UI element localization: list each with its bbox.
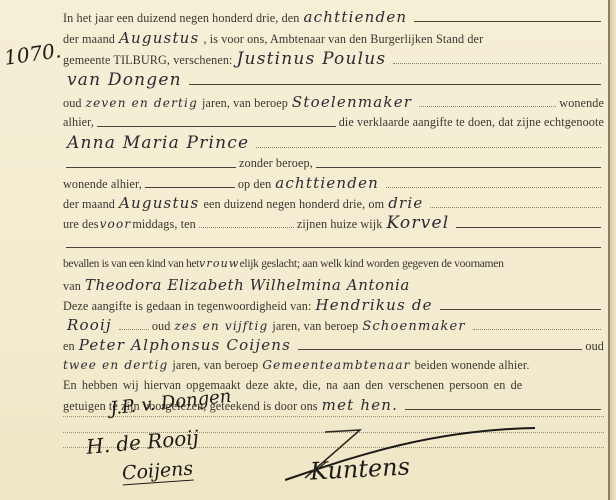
line-witnesses: Deze aangifte is gedaan in tegenwoordigh… xyxy=(63,294,604,316)
printed-text: elijk geslacht; aan welk kind worden xyxy=(240,253,400,275)
fill-line xyxy=(145,186,235,188)
fill-line xyxy=(456,226,601,228)
printed-text: die verklaarde aangifte te doen, dat zij… xyxy=(339,111,604,133)
printed-text: jaren, van beroep xyxy=(172,354,258,376)
line-declarant-surname: van Dongen xyxy=(63,69,604,91)
printed-text: En hebben wij hiervan opgemaakt deze akt… xyxy=(63,374,522,396)
fill-line xyxy=(256,146,601,148)
line-residence: alhier, die verklaarde aangifte te doen,… xyxy=(63,111,604,133)
handwritten-declarant-surname: van Dongen xyxy=(63,69,186,91)
record-number: 1070. xyxy=(3,38,63,70)
handwritten-district: Korvel xyxy=(382,212,453,234)
printed-text: beiden wonende alhier. xyxy=(415,354,530,376)
line-mother: Anna Maria Prince xyxy=(63,132,604,154)
line-date: In het jaar een duizend negen honderd dr… xyxy=(63,6,604,28)
line-month: der maand Augustus , is voor ons, Ambten… xyxy=(63,27,604,49)
line-birth-place: ure des voor middags, ten zijnen huize w… xyxy=(63,212,604,234)
line-witness-2-age: twee en dertig jaren, van beroep Gemeent… xyxy=(63,354,604,376)
handwritten-day: achttienden xyxy=(300,6,412,28)
fill-line xyxy=(97,125,336,127)
handwritten-declarant-name: Justinus Poulus xyxy=(233,48,391,70)
printed-text: alhier, xyxy=(63,111,94,133)
fill-line xyxy=(405,408,601,410)
fill-line xyxy=(473,328,601,330)
fill-line xyxy=(316,166,601,168)
fill-line xyxy=(430,206,601,208)
handwritten-signed-with: met hen. xyxy=(318,394,402,416)
fill-line xyxy=(440,308,601,310)
registrar-flourish xyxy=(285,420,545,490)
line-declarant-age: oud zeven en dertig jaren, van beroep St… xyxy=(63,91,604,113)
page-edge xyxy=(610,0,616,500)
fill-line xyxy=(66,246,601,248)
printed-text: In het jaar een duizend negen honderd dr… xyxy=(63,7,300,29)
line-birth-month: der maand Augustus een duizend negen hon… xyxy=(63,192,604,214)
line-closing-1: En hebben wij hiervan opgemaakt deze akt… xyxy=(63,374,604,396)
printed-text: bevallen is van een kind van het xyxy=(63,253,199,275)
handwritten-witness-1-name: Hendrikus de xyxy=(311,294,436,316)
fill-line xyxy=(386,186,601,188)
handwritten-birth-month: Augustus xyxy=(115,192,203,214)
line-blank xyxy=(63,232,604,254)
handwritten-occupation: Stoelenmaker xyxy=(288,91,416,113)
handwritten-witness-2-age: twee en dertig xyxy=(63,354,172,376)
handwritten-sex: vrouw xyxy=(199,253,240,275)
printed-text: gegeven de voornamen xyxy=(399,253,504,275)
signature-witness-1: H. de Rooij xyxy=(85,425,200,459)
handwritten-birth-day: achttienden xyxy=(271,172,383,194)
fill-line xyxy=(66,166,236,168)
printed-text: zonder beroep, xyxy=(239,152,313,174)
fill-line xyxy=(189,83,601,85)
handwritten-month: Augustus xyxy=(115,27,203,49)
handwritten-witness-1-surname: Rooij xyxy=(63,314,116,336)
line-mother-occupation: zonder beroep, xyxy=(63,152,604,174)
handwritten-witness-2-occupation: Gemeenteambtenaar xyxy=(258,354,414,376)
page-binding-line xyxy=(608,0,610,500)
handwritten-mother-name: Anna Maria Prince xyxy=(63,132,253,154)
fill-line xyxy=(199,226,294,228)
printed-text: gemeente TILBURG, verschenen: xyxy=(63,49,233,71)
signature-witness-2: Coijens xyxy=(121,458,194,486)
fill-line xyxy=(419,105,556,107)
handwritten-witness-2-name: Peter Alphonsus Coijens xyxy=(75,334,295,356)
handwritten-birth-hour: drie xyxy=(384,192,427,214)
handwritten-child-name: Theodora Elizabeth Wilhelmina Antonia xyxy=(81,274,414,296)
fill-line xyxy=(119,328,149,330)
printed-text: , is voor ons, Ambtenaar van den Burgerl… xyxy=(203,28,483,50)
line-child-sex: bevallen is van een kind van het vrouw e… xyxy=(63,253,604,275)
printed-text: der maand xyxy=(63,28,115,50)
line-child-name: van Theodora Elizabeth Wilhelmina Antoni… xyxy=(63,274,604,296)
line-birth-day: wonende alhier, op den achttienden xyxy=(63,172,604,194)
line-declarant: gemeente TILBURG, verschenen: Justinus P… xyxy=(63,48,604,70)
line-witness-1: Rooij oud zes en vijftig jaren, van bero… xyxy=(63,314,604,336)
fill-line xyxy=(414,20,601,22)
fill-line xyxy=(393,62,601,64)
signature-line xyxy=(63,416,604,417)
line-witness-2: en Peter Alphonsus Coijens oud xyxy=(63,334,604,356)
fill-line xyxy=(298,348,582,350)
